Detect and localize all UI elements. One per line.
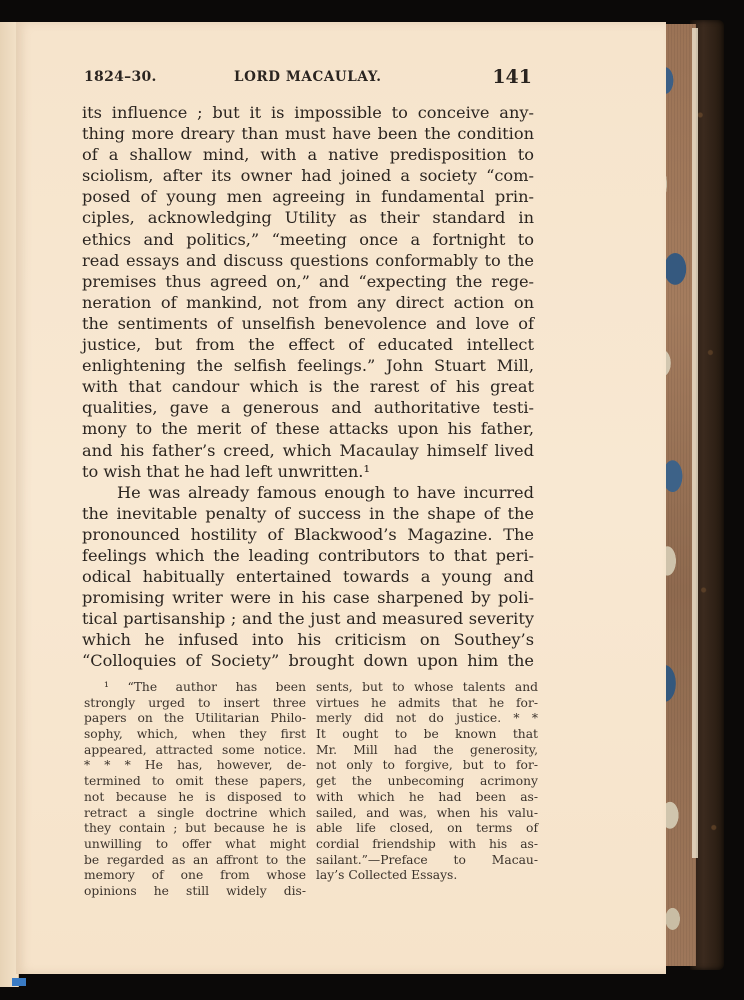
text-line: mony to the merit of these attacks upon … bbox=[82, 418, 534, 439]
footnote-left-column: ¹ “The author has been strongly urged to… bbox=[84, 680, 306, 900]
text-line: odical habitually entertained towards a … bbox=[82, 566, 534, 587]
footnote-line: cordial friendship with his as- bbox=[316, 837, 538, 853]
text-line: of a shallow mind, with a native predisp… bbox=[82, 144, 534, 165]
text-line: which he infused into his criticism on S… bbox=[82, 629, 534, 650]
footnote-line: sophy, which, when they first bbox=[84, 727, 306, 743]
text-line: its influence ; but it is impossible to … bbox=[82, 102, 534, 123]
footnote-line: sailed, and was, when his valu- bbox=[316, 806, 538, 822]
text-line: with that candour which is the rarest of… bbox=[82, 376, 534, 397]
text-line: ethics and politics,” “meeting once a fo… bbox=[82, 229, 534, 250]
footnote-line: sailant.”—Preface to Macau- bbox=[316, 853, 538, 869]
footnote-line: It ought to be known that bbox=[316, 727, 538, 743]
text-line: thing more dreary than must have been th… bbox=[82, 123, 534, 144]
text-line: enlightening the selfish feelings.” John… bbox=[82, 355, 534, 376]
text-line: premises thus agreed on,” and “expecting… bbox=[82, 271, 534, 292]
footnote-line: sents, but to whose talents and bbox=[316, 680, 538, 696]
footnote-line: they contain ; but because he is bbox=[84, 821, 306, 837]
page-number: 141 bbox=[492, 66, 532, 88]
text-line: the sentiments of unselfish benevolence … bbox=[82, 313, 534, 334]
footnote-line: Mr. Mill had the generosity, bbox=[316, 743, 538, 759]
text-line: read essays and discuss questions confor… bbox=[82, 250, 534, 271]
footnote-line: opinions he still widely dis- bbox=[84, 884, 306, 900]
running-head-title: LORD MACAULAY. bbox=[234, 69, 382, 85]
paragraph-end-line: to wish that he had left unwritten.¹ bbox=[82, 461, 534, 482]
text-line: and his father’s creed, which Macaulay h… bbox=[82, 440, 534, 461]
footnote-right-column: sents, but to whose talents and virtues … bbox=[316, 680, 538, 884]
footnote-line: * * * He has, however, de- bbox=[84, 758, 306, 774]
text-line: ciples, acknowledging Utility as their s… bbox=[82, 207, 534, 228]
running-head: 1824–30. LORD MACAULAY. 141 bbox=[84, 66, 532, 90]
text-line: posed of young men agreeing in fundament… bbox=[82, 186, 534, 207]
text-line: qualities, gave a generous and authorita… bbox=[82, 397, 534, 418]
footnote-line: appeared, attracted some notice. bbox=[84, 743, 306, 759]
running-head-dates: 1824–30. bbox=[84, 69, 157, 85]
footnote-line: unwilling to offer what might bbox=[84, 837, 306, 853]
page-edge-sliver bbox=[692, 28, 698, 858]
footnote-line: memory of one from whose bbox=[84, 868, 306, 884]
text-line: pronounced hostility of Blackwood’s Maga… bbox=[82, 524, 534, 545]
text-line: promising writer were in his case sharpe… bbox=[82, 587, 534, 608]
footnote-line: not because he is disposed to bbox=[84, 790, 306, 806]
footnote-line: able life closed, on terms of bbox=[316, 821, 538, 837]
footnote-line: papers on the Utilitarian Philo- bbox=[84, 711, 306, 727]
footnote-line: lay’s Collected Essays. bbox=[316, 868, 538, 884]
footnote-line: retract a single doctrine which bbox=[84, 806, 306, 822]
text-line: tical partisanship ; and the just and me… bbox=[82, 608, 534, 629]
text-line: sciolism, after its owner had joined a s… bbox=[82, 165, 534, 186]
text-line: neration of mankind, not from any direct… bbox=[82, 292, 534, 313]
footnote-line: merly did not do justice. * * bbox=[316, 711, 538, 727]
footnote-line: with which he had been as- bbox=[316, 790, 538, 806]
footnote-line: virtues he admits that he for- bbox=[316, 696, 538, 712]
footnote-line: strongly urged to insert three bbox=[84, 696, 306, 712]
book-photo: 1824–30. LORD MACAULAY. 141 its influenc… bbox=[0, 0, 744, 1000]
footnote-line: ¹ “The author has been bbox=[84, 680, 306, 696]
footnote-line: termined to omit these papers, bbox=[84, 774, 306, 790]
footnote-line: not only to forgive, but to for- bbox=[316, 758, 538, 774]
footnote-line: get the unbecoming acrimony bbox=[316, 774, 538, 790]
body-text: its influence ; but it is impossible to … bbox=[82, 102, 534, 672]
blue-ribbon-marker bbox=[12, 978, 26, 986]
paragraph-start-line: He was already famous enough to have inc… bbox=[82, 482, 534, 503]
text-line: feelings which the leading contributors … bbox=[82, 545, 534, 566]
text-line: “Colloquies of Society” brought down upo… bbox=[82, 650, 534, 671]
footnote-line: be regarded as an affront to the bbox=[84, 853, 306, 869]
text-line: the inevitable penalty of success in the… bbox=[82, 503, 534, 524]
text-line: justice, but from the effect of educated… bbox=[82, 334, 534, 355]
